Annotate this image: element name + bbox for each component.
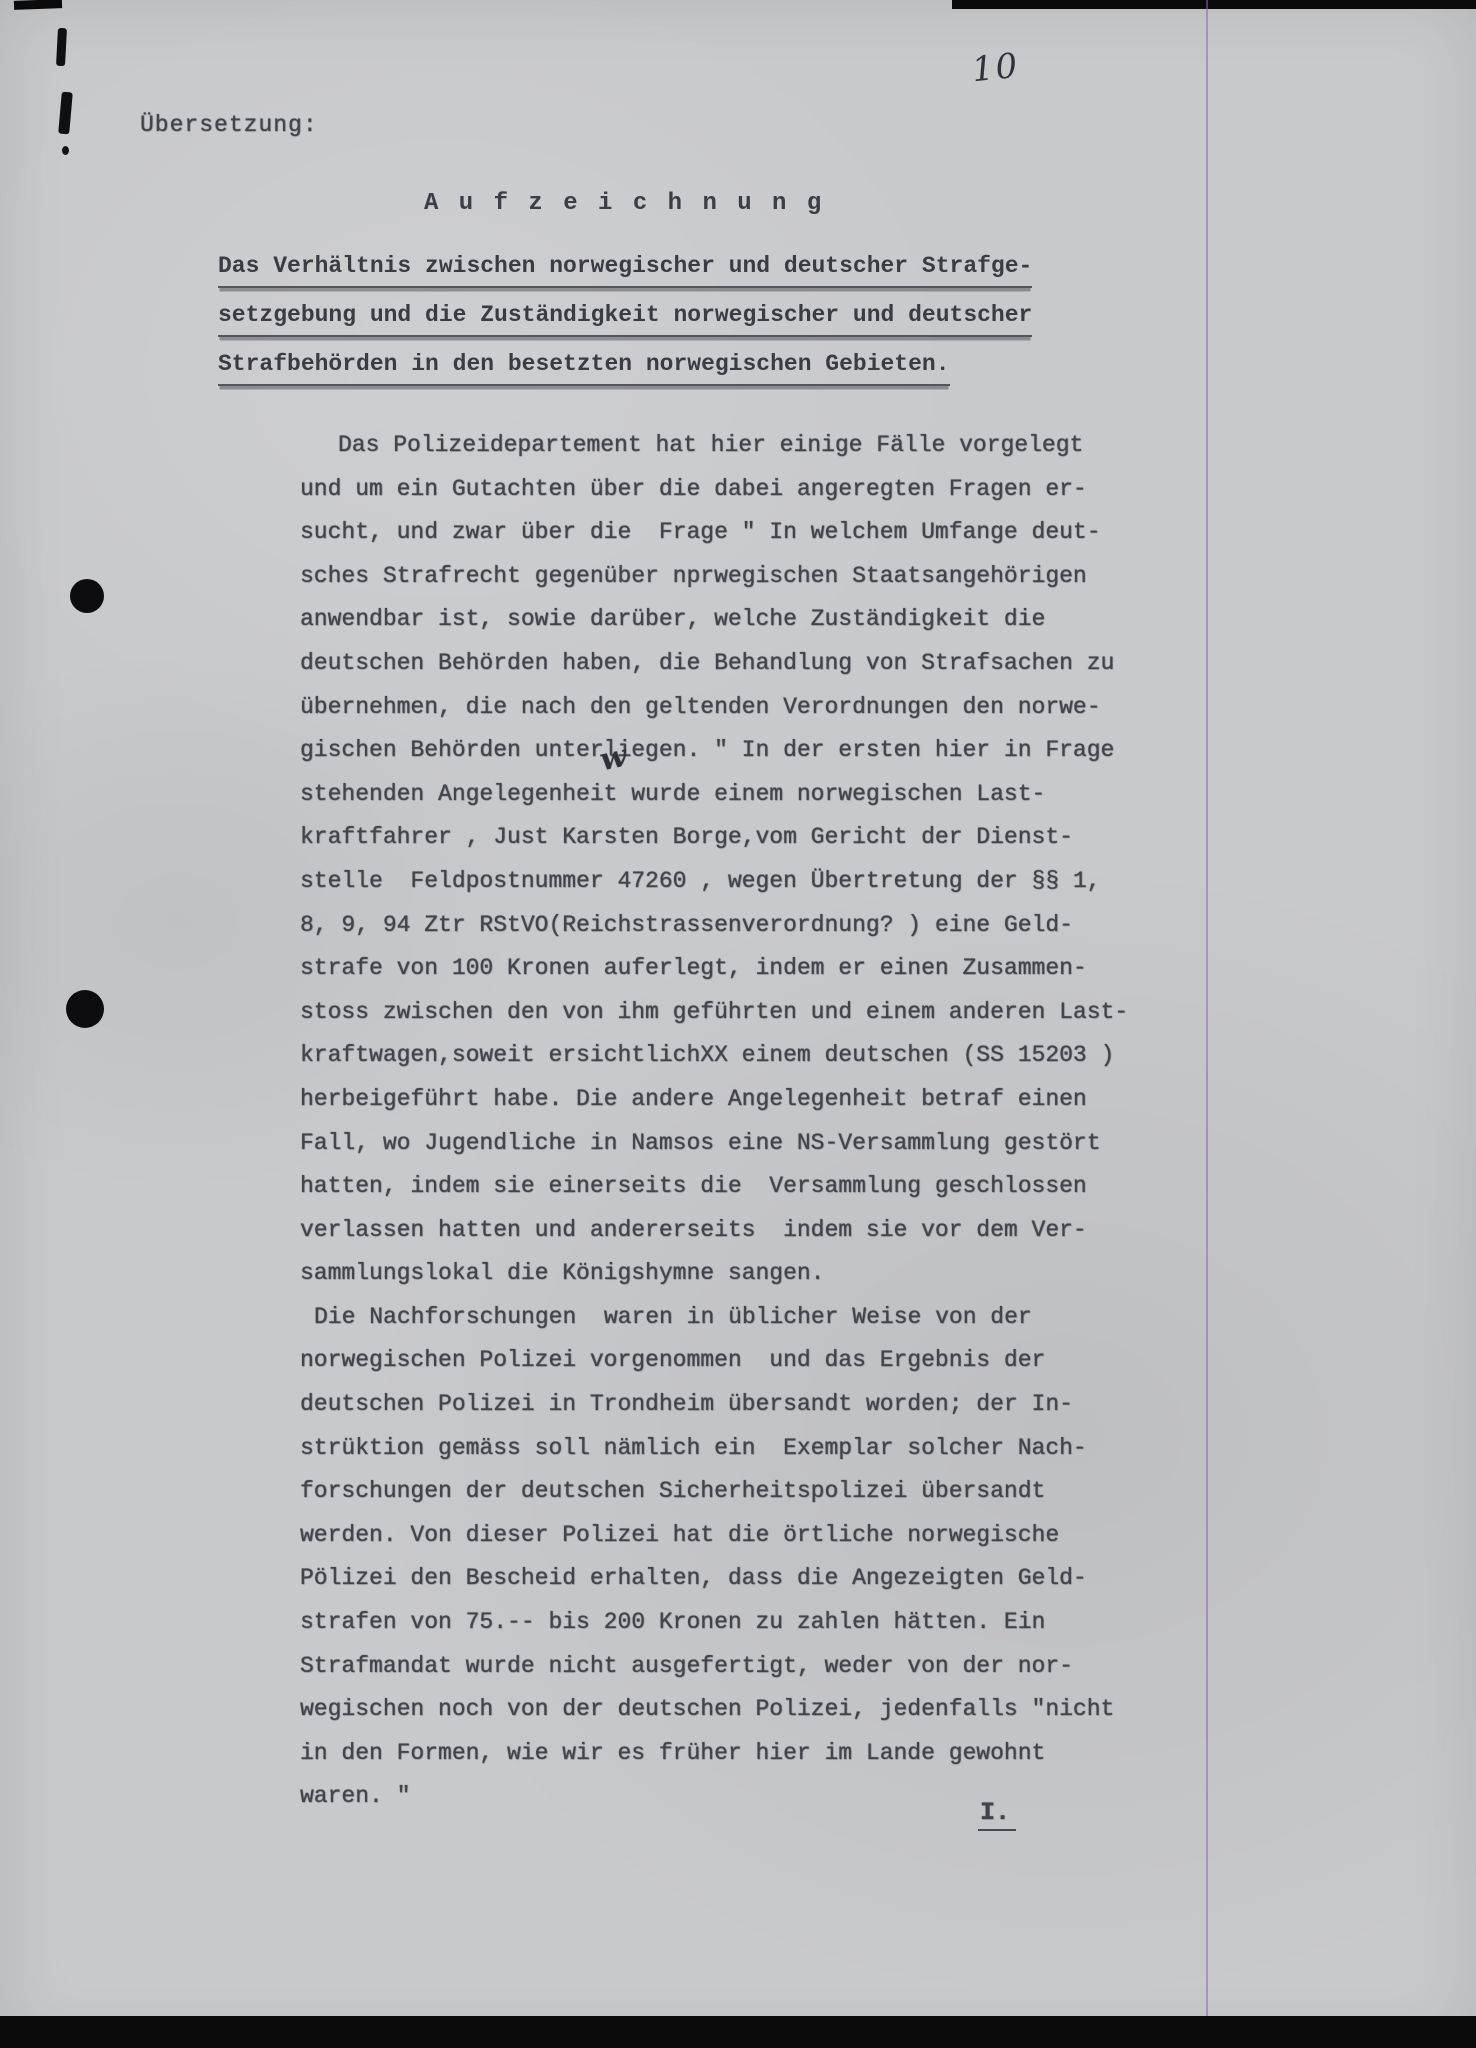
text-line: Pölizei den Bescheid erhalten, dass die …: [300, 1557, 1128, 1601]
page-title: A u f z e i c h n u n g: [424, 190, 824, 217]
text-line: wegischen noch von der deutschen Polizei…: [300, 1688, 1128, 1732]
text-line: sches Strafrecht gegenüber nprwegischen …: [300, 555, 1128, 599]
paragraph: Die Nachforschungen waren in üblicher We…: [300, 1296, 1128, 1819]
translation-label: Übersetzung:: [140, 112, 318, 138]
text-line: deutschen Behörden haben, die Behandlung…: [300, 642, 1128, 686]
text-line: sammlungslokal die Königshymne sangen.: [300, 1252, 1128, 1296]
text-line: stoss zwischen den von ihm geführten und…: [300, 991, 1128, 1035]
text-line: werden. Von dieser Polizei hat die örtli…: [300, 1514, 1128, 1558]
text-line: Strafmandat wurde nicht ausgefertigt, we…: [300, 1645, 1128, 1689]
scan-artifact-edge-dot: [62, 146, 69, 155]
text-line: norwegischen Polizei vorgenommen und das…: [300, 1339, 1128, 1383]
scan-artifact-vertical-line: [1206, 0, 1208, 2016]
scan-artifact-corner-mark: [14, 0, 62, 10]
heading-line: setzgebung und die Zuständigkeit norwegi…: [218, 301, 1032, 337]
text-line: Das Polizeidepartement hat hier einige F…: [300, 424, 1128, 468]
footer-section-mark: I.: [978, 1798, 1016, 1831]
text-line: strafe von 100 Kronen auferlegt, indem e…: [300, 947, 1128, 991]
scan-artifact-bottom-band: [0, 2016, 1476, 2048]
text-line: sucht, und zwar über die Frage " In welc…: [300, 511, 1128, 555]
text-line: stelle Feldpostnummer 47260 , wegen Über…: [300, 860, 1128, 904]
text-line: strüktion gemäss soll nämlich ein Exempl…: [300, 1427, 1128, 1471]
text-line: stehenden Angelegenheit wurde einem norw…: [300, 773, 1128, 817]
text-line: übernehmen, die nach den geltenden Veror…: [300, 686, 1128, 730]
scan-artifact-top-bar: [952, 0, 1476, 9]
scan-artifact-edge-dash: [56, 28, 67, 66]
text-line: 8, 9, 94 Ztr RStVO(Reichstrassenverordnu…: [300, 904, 1128, 948]
text-line: Fall, wo Jugendliche in Namsos eine NS-V…: [300, 1122, 1128, 1166]
text-line: forschungen der deutschen Sicherheitspol…: [300, 1470, 1128, 1514]
text-line: anwendbar ist, sowie darüber, welche Zus…: [300, 598, 1128, 642]
text-line: und um ein Gutachten über die dabei ange…: [300, 468, 1128, 512]
punch-hole: [66, 990, 104, 1028]
text-line: herbeigeführt habe. Die andere Angelegen…: [300, 1078, 1128, 1122]
text-line: hatten, indem sie einerseits die Versamm…: [300, 1165, 1128, 1209]
handwritten-page-number: 10: [970, 46, 1021, 91]
text-line: kraftwagen,soweit ersichtlichXX einem de…: [300, 1034, 1128, 1078]
text-line: in den Formen, wie wir es früher hier im…: [300, 1732, 1128, 1776]
paragraph: Das Polizeidepartement hat hier einige F…: [300, 424, 1128, 1296]
text-line: strafen von 75.-- bis 200 Kronen zu zahl…: [300, 1601, 1128, 1645]
punch-hole: [70, 579, 104, 613]
heading-line: Strafbehörden in den besetzten norwegisc…: [218, 350, 950, 386]
text-line: deutschen Polizei in Trondheim übersandt…: [300, 1383, 1128, 1427]
scanned-document-page: 10 Übersetzung: A u f z e i c h n u n g …: [0, 0, 1476, 2048]
scan-artifact-edge-dash: [58, 92, 73, 135]
text-line: Die Nachforschungen waren in üblicher We…: [300, 1296, 1128, 1340]
text-line: kraftfahrer , Just Karsten Borge,vom Ger…: [300, 816, 1128, 860]
text-line: verlassen hatten und andererseits indem …: [300, 1209, 1128, 1253]
heading-line: Das Verhältnis zwischen norwegischer und…: [218, 252, 1032, 288]
document-body: Das Polizeidepartement hat hier einige F…: [300, 424, 1128, 1819]
document-heading: Das Verhältnis zwischen norwegischer und…: [218, 252, 1032, 399]
text-line: gischen Behörden unterliegen. " In der e…: [300, 729, 1128, 773]
